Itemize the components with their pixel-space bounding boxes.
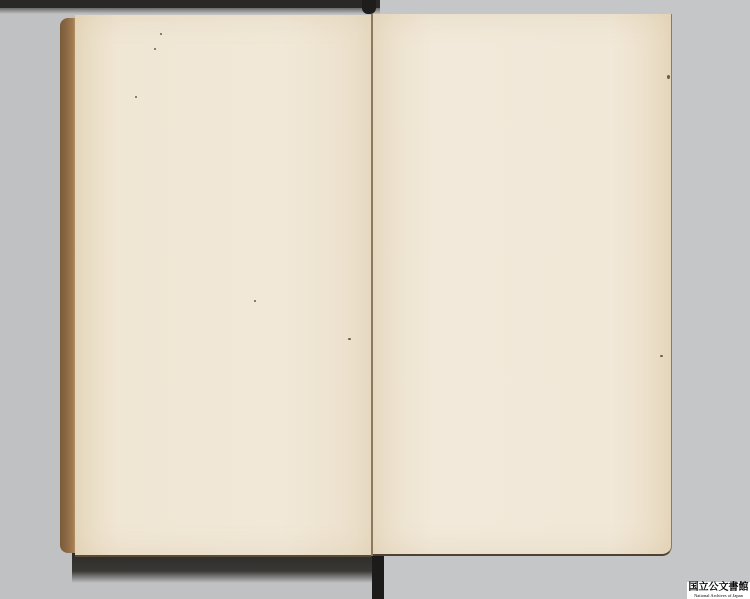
watermark-japanese: 国立公文書館 (689, 583, 749, 593)
paper-speck (154, 48, 156, 50)
top-shadow (0, 0, 380, 8)
left-page (75, 15, 371, 557)
paper-speck (160, 33, 162, 35)
paper-speck (667, 75, 670, 79)
right-page (373, 14, 672, 556)
paper-speck (254, 300, 256, 302)
top-shadow-fade (0, 8, 380, 14)
bottom-shadow-spine (372, 553, 384, 599)
paper-speck (348, 338, 351, 340)
paper-speck (660, 355, 663, 357)
paper-speck (135, 96, 137, 98)
book-gutter (371, 14, 373, 556)
archive-watermark: 国立公文書館 National Archives of Japan (687, 582, 750, 599)
bottom-shadow (72, 553, 372, 583)
watermark-english: National Archives of Japan (694, 593, 743, 598)
spine-shadow (362, 0, 376, 14)
